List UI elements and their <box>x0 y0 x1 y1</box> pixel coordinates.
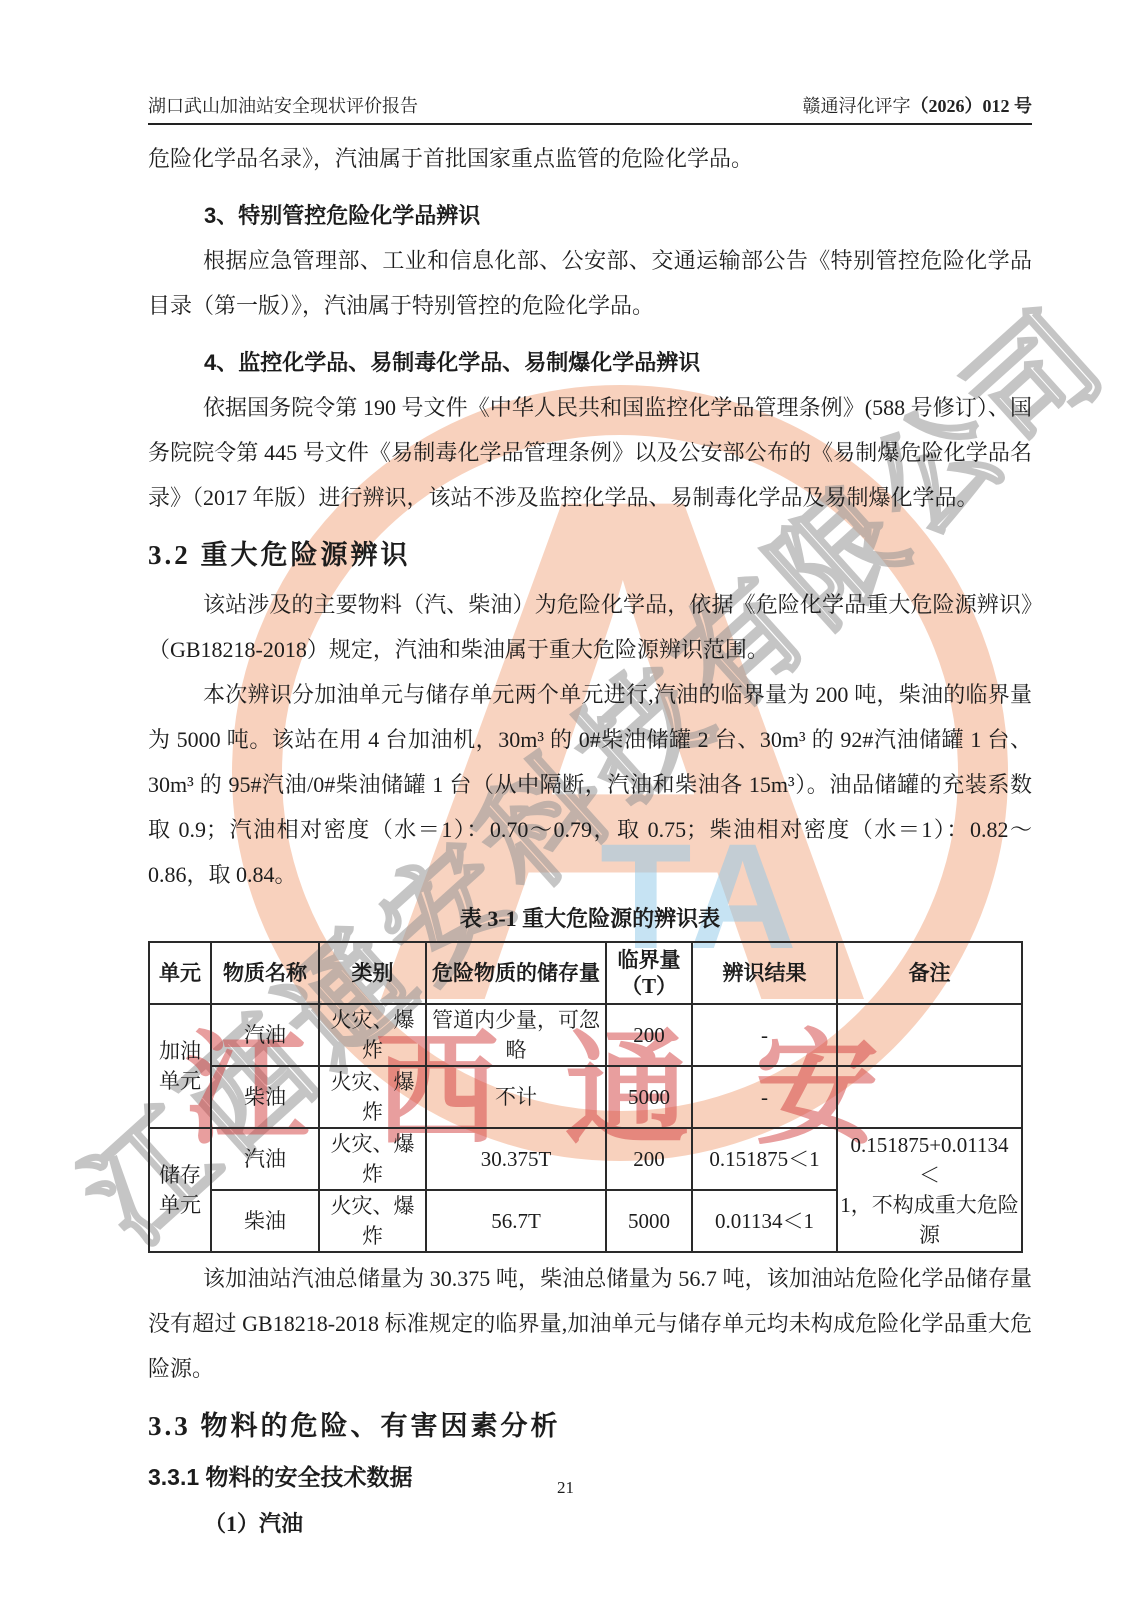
cell-remark <box>837 1066 1022 1128</box>
col-header-material: 物质名称 <box>211 942 319 1004</box>
item-1-gasoline: （1）汽油 <box>204 1501 1032 1546</box>
heading-3: 3、特别管控危险化学品辨识 <box>204 193 1032 238</box>
hazard-identification-table: 单元 物质名称 类别 危险物质的储存量 临界量 （T） 辨识结果 备注 加油 单… <box>148 941 1023 1253</box>
paragraph-32-2: 本次辨识分加油单元与储存单元两个单元进行,汽油的临界量为 200 吨，柴油的临界… <box>148 672 1032 897</box>
cell-category: 火灾、爆炸 <box>319 1128 426 1190</box>
page-number: 21 <box>0 1478 1131 1498</box>
paragraph-32-1: 该站涉及的主要物料（汽、柴油）为危险化学品，依据《危险化学品重大危险源辨识》（G… <box>148 582 1032 672</box>
col-header-result: 辨识结果 <box>692 942 837 1004</box>
cell-category: 火灾、爆炸 <box>319 1190 426 1252</box>
cell-unit-fueling: 加油 单元 <box>149 1004 211 1128</box>
paragraph-section4: 依据国务院令第 190 号文件《中华人民共和国监控化学品管理条例》(588 号修… <box>148 385 1032 520</box>
cell-storage: 不计 <box>426 1066 606 1128</box>
header-report-title: 湖口武山加油站安全现状评价报告 <box>148 92 418 118</box>
cell-result: 0.151875＜1 <box>692 1128 837 1190</box>
cell-storage: 56.7T <box>426 1190 606 1252</box>
cell-threshold: 5000 <box>606 1190 692 1252</box>
cell-material: 柴油 <box>211 1066 319 1128</box>
page-content: 危险化学品名录》，汽油属于首批国家重点监管的危险化学品。 3、特别管控危险化学品… <box>148 136 1032 1546</box>
cell-result: 0.01134＜1 <box>692 1190 837 1252</box>
table-title: 表 3-1 重大危险源的辨识表 <box>148 899 1032 939</box>
table-row: 柴油 火灾、爆炸 不计 5000 - <box>149 1066 1022 1128</box>
document-page: A TA 江西通安科技有限公司 江西通安 湖口武山加油站安全现状评价报告 赣通浔… <box>0 0 1131 1600</box>
cell-threshold: 200 <box>606 1128 692 1190</box>
cell-category: 火灾、爆炸 <box>319 1004 426 1066</box>
cell-storage: 管道内少量，可忽略 <box>426 1004 606 1066</box>
header-rule <box>148 123 1032 125</box>
paragraph-carryover: 危险化学品名录》，汽油属于首批国家重点监管的危险化学品。 <box>148 136 1032 181</box>
col-header-threshold: 临界量 （T） <box>606 942 692 1004</box>
heading-3-3: 3.3 物料的危险、有害因素分析 <box>148 1401 1032 1451</box>
header-document-number: 赣通浔化评字（2026）012 号 <box>803 92 1033 118</box>
cell-result: - <box>692 1004 837 1066</box>
col-header-category: 类别 <box>319 942 426 1004</box>
page-header: 湖口武山加油站安全现状评价报告 赣通浔化评字（2026）012 号 <box>148 92 1032 118</box>
table-row: 加油 单元 汽油 火灾、爆炸 管道内少量，可忽略 200 - <box>149 1004 1022 1066</box>
cell-remark <box>837 1004 1022 1066</box>
heading-4: 4、监控化学品、易制毒化学品、易制爆化学品辨识 <box>204 340 1032 385</box>
cell-category: 火灾、爆炸 <box>319 1066 426 1128</box>
cell-threshold: 200 <box>606 1004 692 1066</box>
cell-material: 汽油 <box>211 1128 319 1190</box>
cell-material: 汽油 <box>211 1004 319 1066</box>
col-header-storage: 危险物质的储存量 <box>426 942 606 1004</box>
col-header-remark: 备注 <box>837 942 1022 1004</box>
table-row: 储存 单元 汽油 火灾、爆炸 30.375T 200 0.151875＜1 0.… <box>149 1128 1022 1190</box>
cell-material: 柴油 <box>211 1190 319 1252</box>
paragraph-section3: 根据应急管理部、工业和信息化部、公安部、交通运输部公告《特别管控危险化学品目录（… <box>148 238 1032 328</box>
col-header-unit: 单元 <box>149 942 211 1004</box>
paragraph-32-3: 该加油站汽油总储量为 30.375 吨，柴油总储量为 56.7 吨，该加油站危险… <box>148 1256 1032 1391</box>
cell-threshold: 5000 <box>606 1066 692 1128</box>
heading-3-2: 3.2 重大危险源辨识 <box>148 530 1032 580</box>
cell-unit-storage: 储存 单元 <box>149 1128 211 1252</box>
table-header-row: 单元 物质名称 类别 危险物质的储存量 临界量 （T） 辨识结果 备注 <box>149 942 1022 1004</box>
cell-storage: 30.375T <box>426 1128 606 1190</box>
cell-remark-merged: 0.151875+0.01134＜ 1，不构成重大危险源 <box>837 1128 1022 1252</box>
cell-result: - <box>692 1066 837 1128</box>
